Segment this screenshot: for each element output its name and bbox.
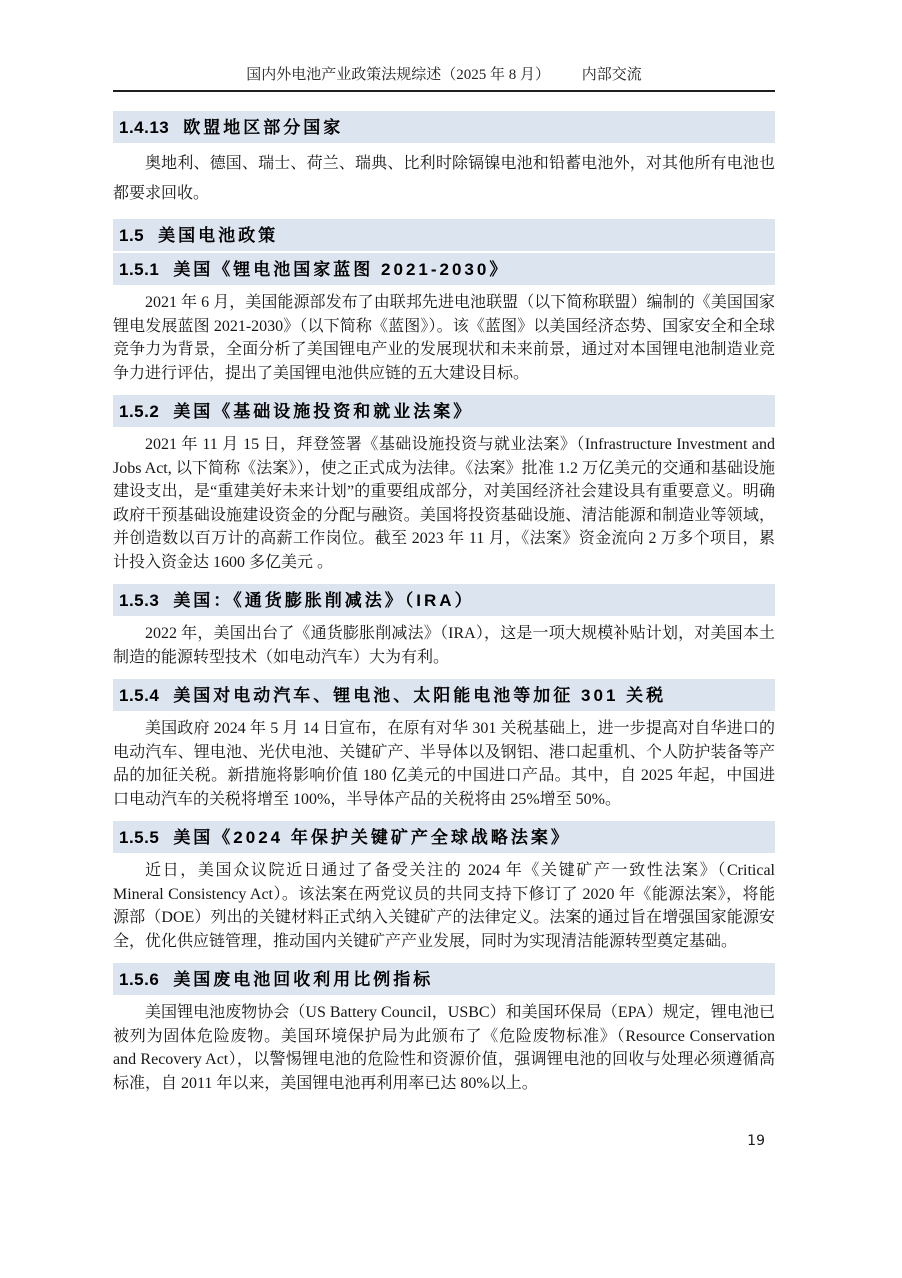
section-title: 欧盟地区部分国家 bbox=[183, 118, 343, 137]
section-number: 1.5 bbox=[119, 226, 144, 245]
section-number: 1.5.1 bbox=[119, 260, 159, 279]
body-paragraph: 2021 年 11 月 15 日，拜登签署《基础设施投资与就业法案》（Infra… bbox=[113, 433, 775, 574]
section-title: 美国电池政策 bbox=[158, 226, 278, 245]
section-title: 美国《2024 年保护关键矿产全球战略法案》 bbox=[173, 828, 571, 847]
section-heading-1-5-4: 1.5.4美国对电动汽车、锂电池、太阳能电池等加征 301 关税 bbox=[113, 679, 775, 711]
page-header: 国内外电池产业政策法规综述（2025 年 8 月） 内部交流 bbox=[113, 0, 775, 84]
section-title: 美国《基础设施投资和就业法案》 bbox=[173, 402, 473, 421]
section-number: 1.4.13 bbox=[119, 118, 169, 137]
page-number: 19 bbox=[747, 1133, 765, 1149]
section-number: 1.5.6 bbox=[119, 970, 159, 989]
page-content: 国内外电池产业政策法规综述（2025 年 8 月） 内部交流 1.4.13欧盟地… bbox=[113, 0, 775, 1105]
page-header-title: 国内外电池产业政策法规综述（2025 年 8 月） bbox=[246, 67, 550, 83]
body-paragraph: 美国锂电池废物协会（US Battery Council，USBC）和美国环保局… bbox=[113, 1001, 775, 1095]
section-title: 美国：《通货膨胀削减法》（IRA） bbox=[173, 591, 474, 610]
section-number: 1.5.4 bbox=[119, 686, 159, 705]
section-heading-1-5: 1.5美国电池政策 bbox=[113, 219, 775, 251]
section-heading-1-5-6: 1.5.6美国废电池回收利用比例指标 bbox=[113, 963, 775, 995]
section-heading-1-4-13: 1.4.13欧盟地区部分国家 bbox=[113, 111, 775, 143]
body-paragraph: 2021 年 6 月，美国能源部发布了由联邦先进电池联盟（以下简称联盟）编制的《… bbox=[113, 291, 775, 385]
section-title: 美国废电池回收利用比例指标 bbox=[173, 970, 433, 989]
section-heading-1-5-3: 1.5.3美国：《通货膨胀削减法》（IRA） bbox=[113, 584, 775, 616]
section-heading-1-5-2: 1.5.2美国《基础设施投资和就业法案》 bbox=[113, 395, 775, 427]
section-number: 1.5.2 bbox=[119, 402, 159, 421]
header-rule bbox=[113, 90, 775, 92]
page-header-tag: 内部交流 bbox=[582, 67, 642, 83]
section-title: 美国《锂电池国家蓝图 2021-2030》 bbox=[173, 260, 509, 279]
document-page: 国内外电池产业政策法规综述（2025 年 8 月） 内部交流 1.4.13欧盟地… bbox=[0, 0, 902, 1278]
section-heading-1-5-1: 1.5.1美国《锂电池国家蓝图 2021-2030》 bbox=[113, 253, 775, 285]
body-paragraph: 2022 年，美国出台了《通货膨胀削减法》（IRA），这是一项大规模补贴计划，对… bbox=[113, 622, 775, 669]
section-title: 美国对电动汽车、锂电池、太阳能电池等加征 301 关税 bbox=[173, 686, 666, 705]
section-heading-1-5-5: 1.5.5美国《2024 年保护关键矿产全球战略法案》 bbox=[113, 821, 775, 853]
document-body: 1.4.13欧盟地区部分国家 奥地利、德国、瑞士、荷兰、瑞典、比利时除镉镍电池和… bbox=[113, 111, 775, 1095]
body-paragraph: 美国政府 2024 年 5 月 14 日宣布，在原有对华 301 关税基础上，进… bbox=[113, 717, 775, 811]
section-number: 1.5.5 bbox=[119, 828, 159, 847]
section-number: 1.5.3 bbox=[119, 591, 159, 610]
body-paragraph: 近日，美国众议院近日通过了备受关注的 2024 年《关键矿产一致性法案》（Cri… bbox=[113, 859, 775, 953]
body-paragraph: 奥地利、德国、瑞士、荷兰、瑞典、比利时除镉镍电池和铅蓄电池外，对其他所有电池也都… bbox=[113, 149, 775, 209]
